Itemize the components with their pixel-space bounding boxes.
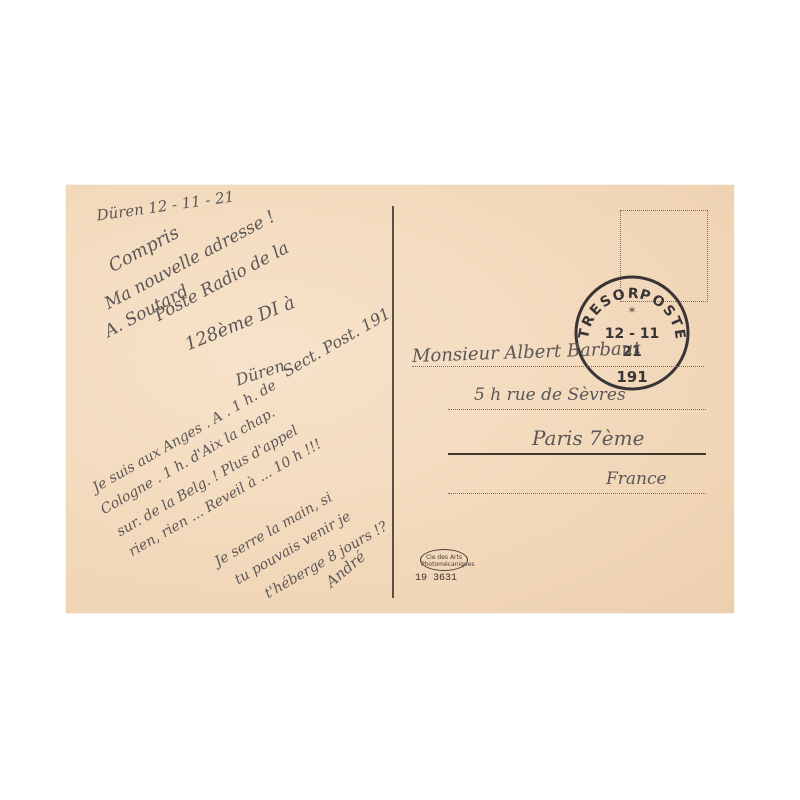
address-city: Paris 7ème — [532, 426, 644, 450]
address-country: France — [606, 469, 667, 489]
publisher-logo: Cie des Arts Photomécaniques — [420, 549, 468, 571]
postmark: TRESOR POSTES * 12 - 11 21 191 — [571, 272, 693, 394]
address-line — [448, 453, 706, 455]
center-divider — [392, 206, 394, 598]
date-line: Düren 12 - 11 - 21 — [95, 187, 235, 224]
address-street: 5 h rue de Sèvres — [474, 385, 626, 405]
address-line — [412, 366, 704, 367]
address-line — [448, 409, 706, 410]
publisher-imprint: 19 3631 — [415, 573, 457, 584]
message-line: Sect. Post. 191 — [279, 304, 393, 381]
svg-text:191: 191 — [616, 368, 647, 386]
address-line — [448, 493, 706, 494]
svg-text:*: * — [629, 305, 635, 319]
publisher-logo-text: Cie des Arts Photomécaniques — [421, 554, 467, 568]
postcard: Düren 12 - 11 - 21 Compris Ma nouvelle a… — [66, 185, 734, 613]
